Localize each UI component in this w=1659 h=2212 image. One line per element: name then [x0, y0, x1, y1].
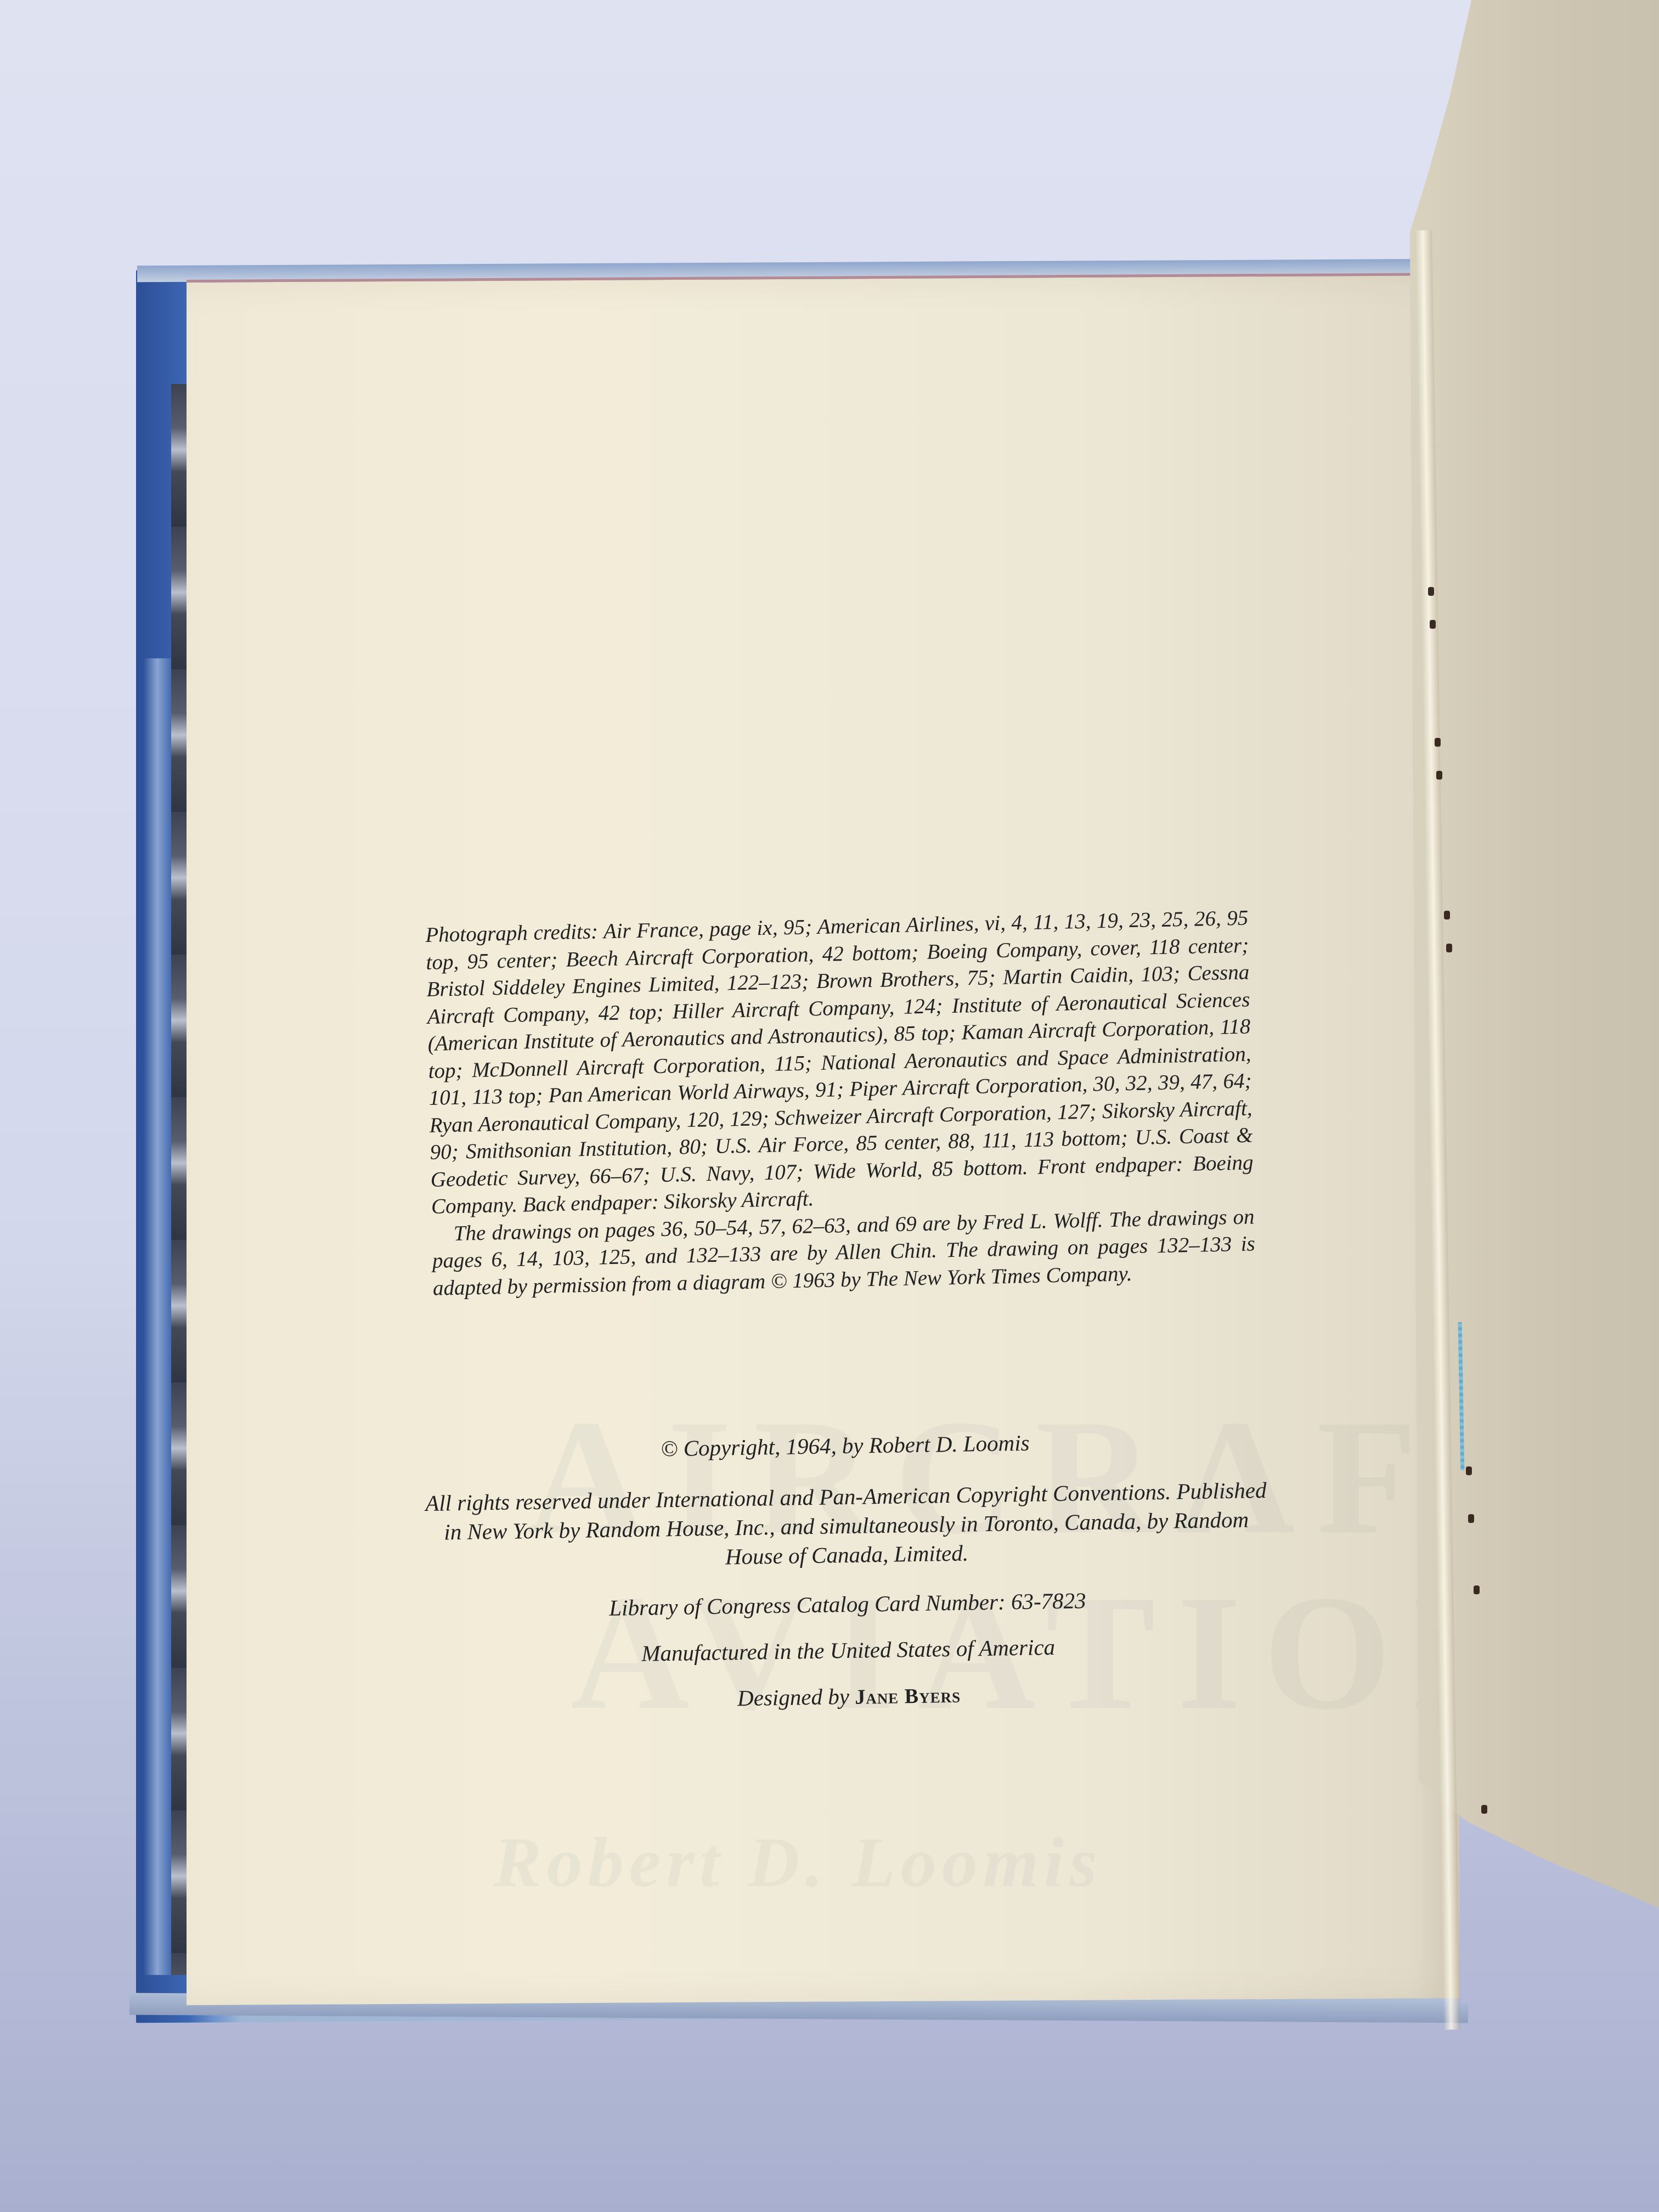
stitch-hole	[1481, 1805, 1487, 1814]
stitch-hole	[1435, 738, 1441, 747]
drawing-credits: The drawings on pages 36, 50–54, 57, 62–…	[431, 1203, 1256, 1302]
stitch-hole	[1474, 1585, 1480, 1594]
endpaper-edge	[171, 384, 188, 1975]
stitch-hole	[1468, 1514, 1474, 1523]
stitch-hole	[1436, 771, 1442, 780]
credits-block: Photograph credits: Air France, page ix,…	[425, 905, 1256, 1302]
manufactured-statement: Manufactured in the United States of Ame…	[420, 1630, 1277, 1671]
designed-by-label: Designed by	[737, 1684, 850, 1711]
cover-spine-highlight	[144, 658, 174, 1975]
designer-name: Jane Byers	[855, 1684, 961, 1709]
stitch-hole	[1428, 587, 1434, 596]
stitch-hole	[1444, 911, 1450, 919]
rights-statement: All rights reserved under International …	[418, 1476, 1275, 1576]
stitch-hole	[1466, 1466, 1472, 1475]
copyright-block: © Copyright, 1964, by Robert D. Loomis A…	[417, 1425, 1277, 1718]
lccn-number: Library of Congress Catalog Card Number:…	[420, 1584, 1276, 1624]
stitch-hole	[1430, 620, 1436, 629]
photograph-credits: Photograph credits: Air France, page ix,…	[425, 905, 1254, 1221]
stitch-hole	[1446, 944, 1452, 952]
